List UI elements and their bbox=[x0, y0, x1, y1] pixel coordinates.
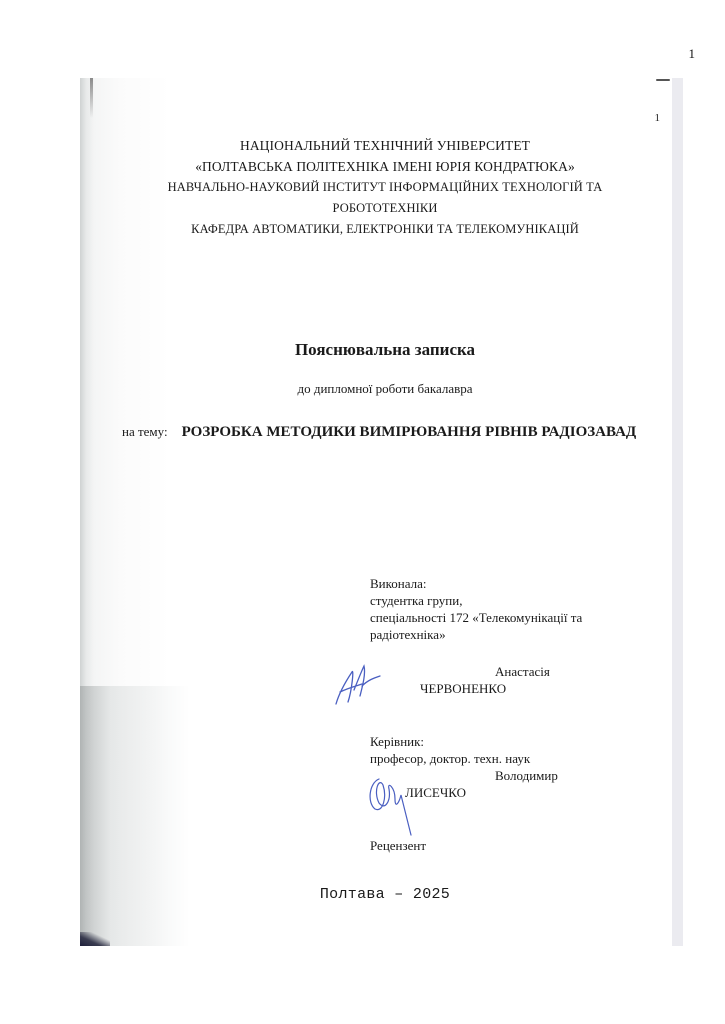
author-specialty: спеціальності 172 «Телекомунікації та bbox=[370, 609, 582, 626]
header-university: НАЦІОНАЛЬНИЙ ТЕХНІЧНИЙ УНІВЕРСИТЕТ bbox=[80, 135, 690, 156]
author-group: студентка групи, bbox=[370, 592, 582, 609]
author-first-name: Анастасія bbox=[370, 663, 582, 680]
topic-value: РОЗРОБКА МЕТОДИКИ ВИМІРЮВАННЯ РІВНІВ РАД… bbox=[182, 424, 637, 440]
header-institute: НАВЧАЛЬНО-НАУКОВИЙ ІНСТИТУТ ІНФОРМАЦІЙНИ… bbox=[80, 177, 690, 198]
topic-line: на тему: РОЗРОБКА МЕТОДИКИ ВИМІРЮВАННЯ Р… bbox=[122, 423, 636, 441]
author-specialty-cont: радіотехніка» bbox=[370, 626, 582, 643]
header-institute-cont: РОБОТОТЕХНІКИ bbox=[80, 198, 690, 219]
reviewer-heading: Рецензент bbox=[370, 837, 426, 854]
document-title: Пояснювальна записка bbox=[80, 340, 690, 360]
author-last-name: ЧЕРВОНЕНКО bbox=[370, 680, 582, 697]
supervisor-heading: Керівник: bbox=[370, 733, 558, 750]
pdf-page-number: 1 bbox=[689, 46, 696, 62]
university-header: НАЦІОНАЛЬНИЙ ТЕХНІЧНИЙ УНІВЕРСИТЕТ «ПОЛТ… bbox=[80, 135, 690, 240]
header-department: КАФЕДРА АВТОМАТИКИ, ЕЛЕКТРОНІКИ ТА ТЕЛЕК… bbox=[80, 219, 690, 240]
header-university-name: «ПОЛТАВСЬКА ПОЛІТЕХНІКА ІМЕНІ ЮРІЯ КОНДР… bbox=[80, 156, 690, 177]
footer-city-year: Полтава – 2025 bbox=[80, 886, 690, 903]
supervisor-first-name: Володимир bbox=[370, 767, 558, 784]
scan-page-number: 1 bbox=[655, 112, 661, 124]
author-heading: Виконала: bbox=[370, 575, 582, 592]
topic-label: на тему: bbox=[122, 424, 168, 439]
scanned-page: 1 НАЦІОНАЛЬНИЙ ТЕХНІЧНИЙ УНІВЕРСИТЕТ «ПО… bbox=[80, 78, 690, 946]
scan-edge-dash bbox=[656, 79, 670, 81]
scan-shadow-bottom bbox=[80, 686, 190, 946]
scan-corner-mark bbox=[80, 932, 110, 946]
supervisor-block: Керівник: професор, доктор. техн. наук В… bbox=[370, 733, 558, 801]
supervisor-title: професор, доктор. техн. наук bbox=[370, 750, 558, 767]
supervisor-last-name: ЛИСЕЧКО bbox=[370, 784, 558, 801]
author-block: Виконала: студентка групи, спеціальності… bbox=[370, 575, 582, 697]
document-subtitle: до дипломної роботи бакалавра bbox=[80, 381, 690, 397]
reviewer-block: Рецензент bbox=[370, 837, 426, 854]
scan-edge-mark bbox=[90, 78, 93, 118]
